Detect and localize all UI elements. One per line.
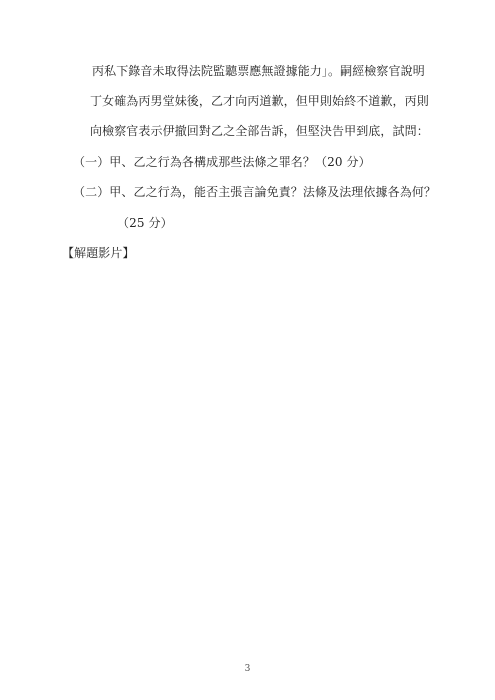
paragraph-line-1: 丙私下錄音未取得法院監聽票應無證據能力」。嗣經檢察官說明 bbox=[92, 64, 425, 78]
document-page: 丙私下錄音未取得法院監聽票應無證據能力」。嗣經檢察官說明 丁女確為丙男堂妹後，乙… bbox=[0, 0, 495, 700]
paragraph-line-3: 向檢察官表示伊撤回對乙之全部告訴，但堅決告甲到底，試問： bbox=[90, 124, 429, 138]
question-2-score-line: （25 分） bbox=[117, 216, 173, 230]
paragraph-line-2: 丁女確為丙男堂妹後，乙才向丙道歉，但甲則始終不道歉，丙則 bbox=[90, 94, 429, 108]
page-number: 3 bbox=[0, 663, 495, 675]
solution-video-label: 【解題影片】 bbox=[62, 246, 135, 260]
question-item-2: （二）甲、乙之行為，能否主張言論免責？法條及法理依據各為何？ bbox=[73, 185, 436, 199]
question-item-1: （一）甲、乙之行為各構成那些法條之罪名？（20 分） bbox=[73, 155, 371, 169]
